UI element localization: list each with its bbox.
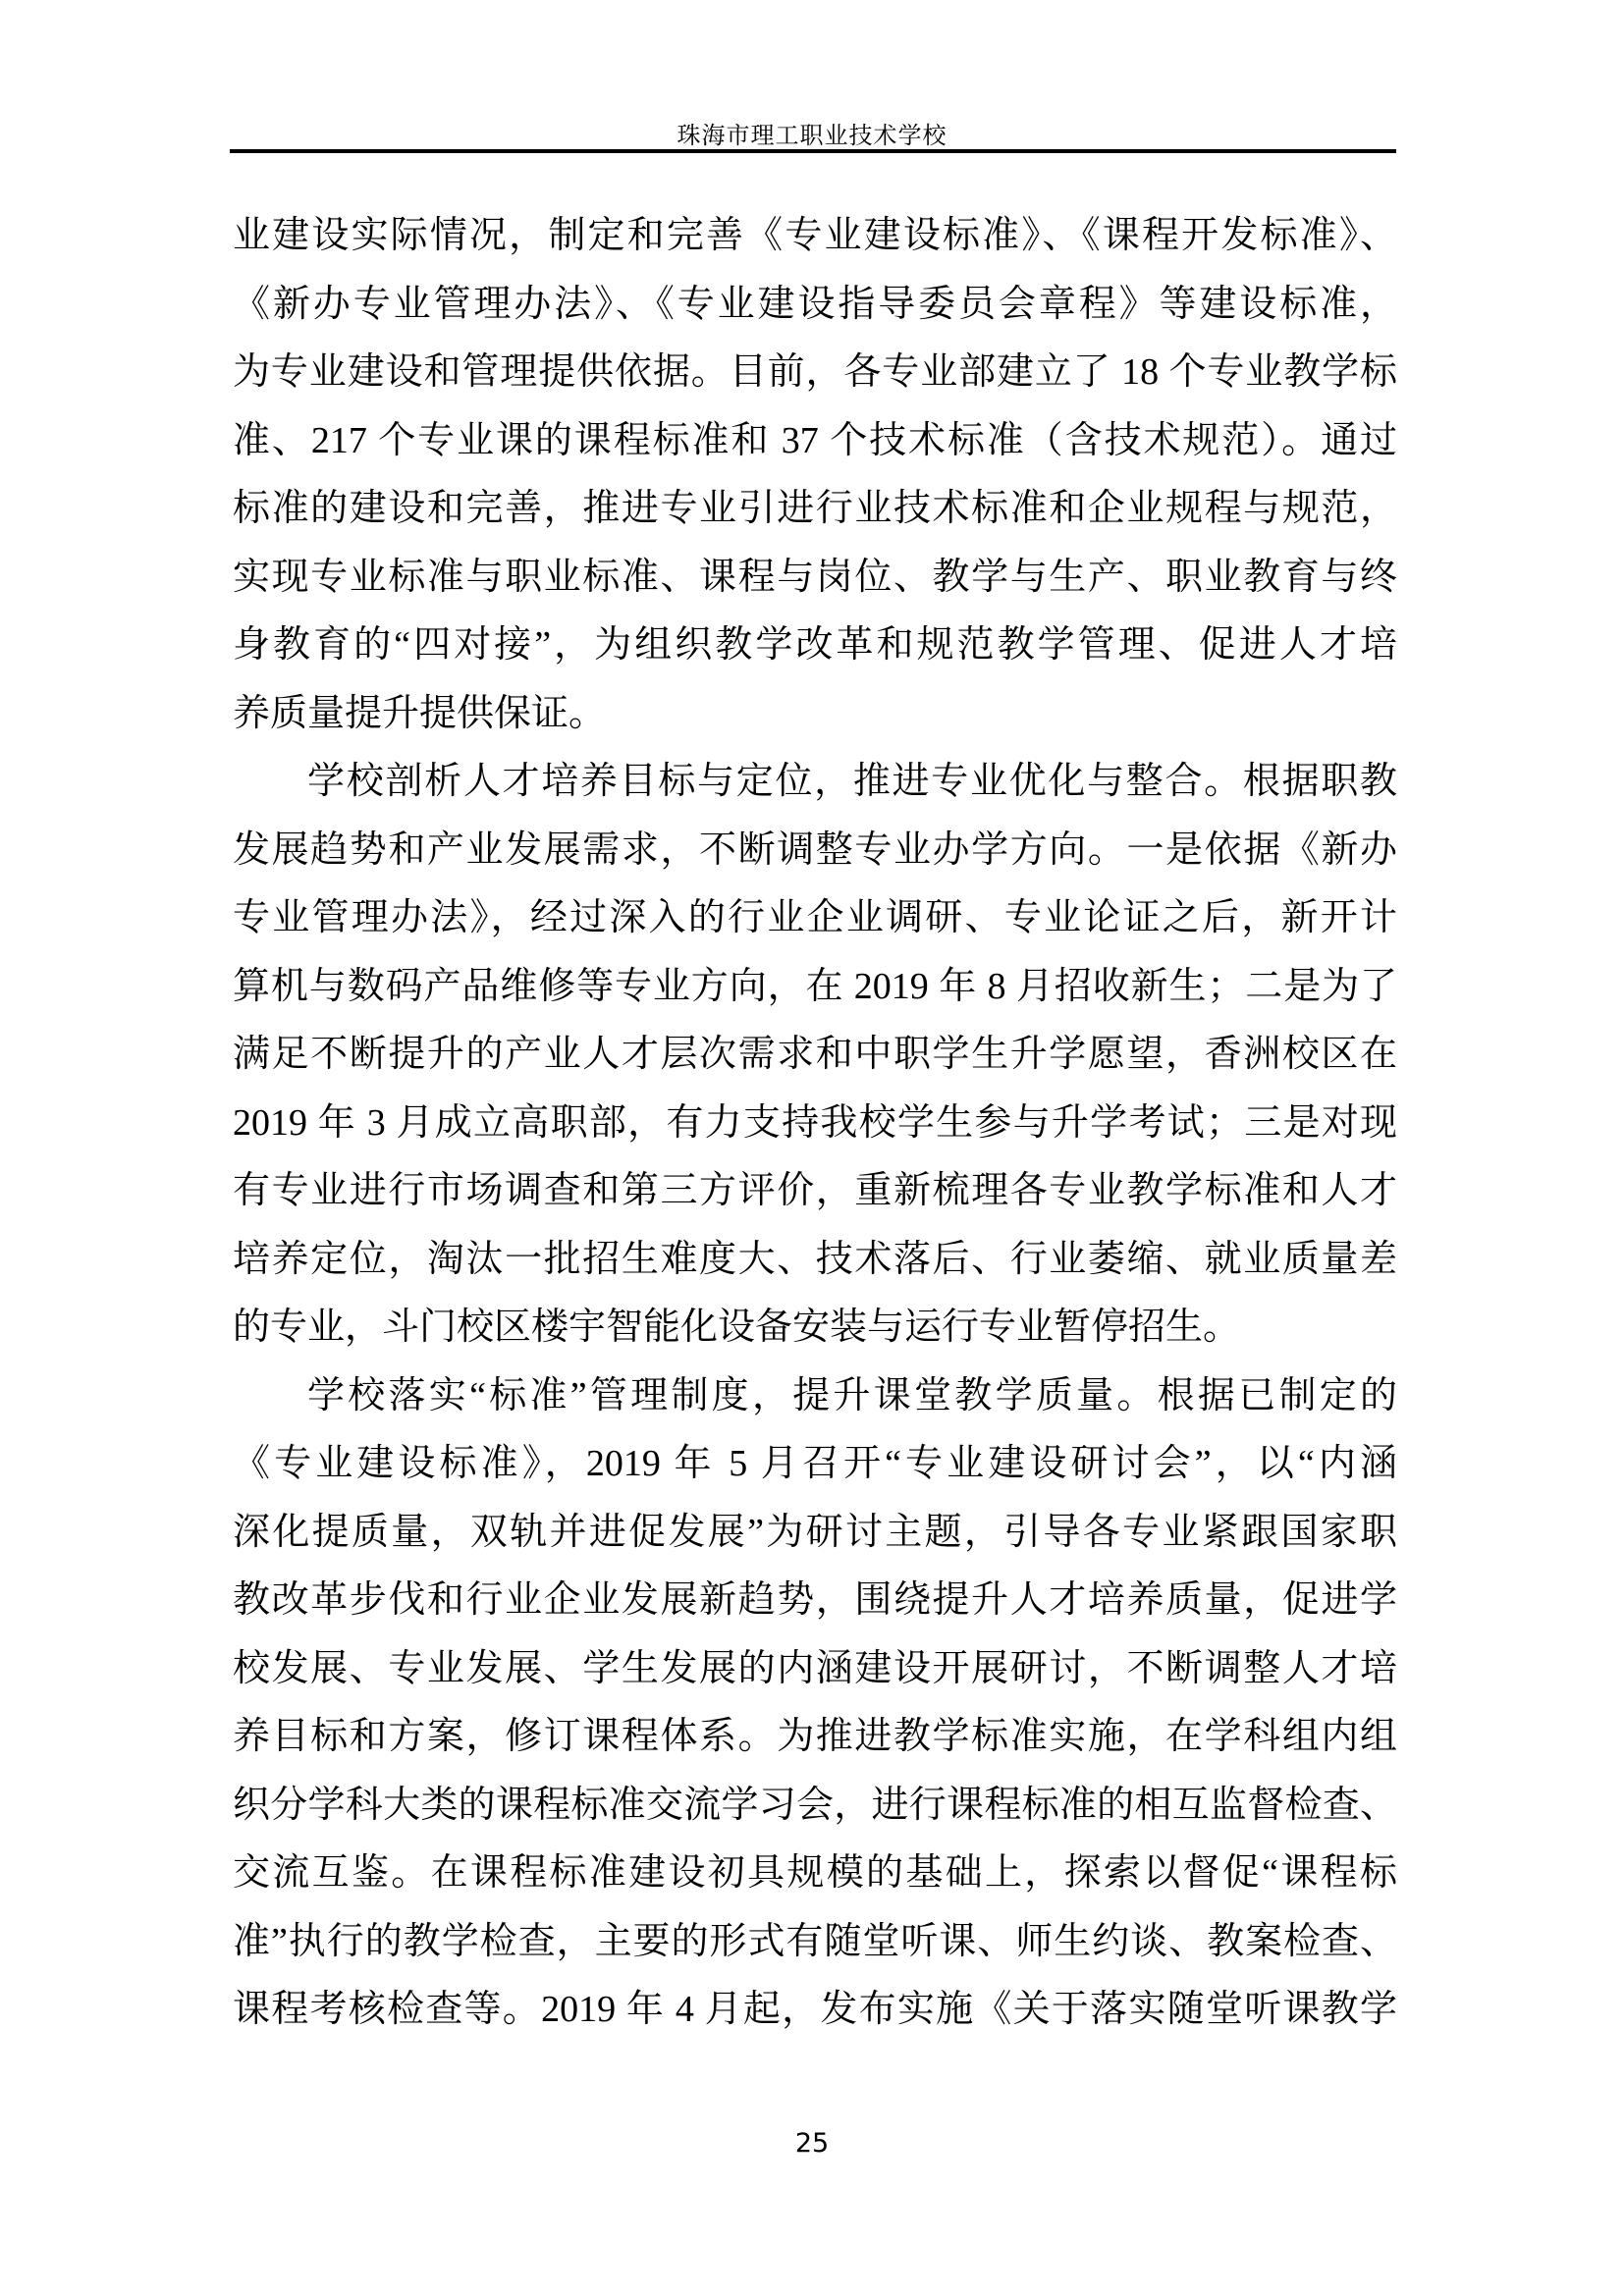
text-line: 身教育的“四对接”，为组织教学改革和规范教学管理、促进人才培 [233, 612, 1397, 680]
text-line: 《新办专业管理办法》、《专业建设指导委员会章程》等建设标准， [233, 271, 1397, 340]
text-line: 培养定位，淘汰一批招生难度大、技术落后、行业萎缩、就业质量差 [233, 1226, 1397, 1295]
text-line: 发展趋势和产业发展需求，不断调整专业办学方向。一是依据《新办 [233, 817, 1397, 885]
text-line: 2019 年 3 月成立高职部，有力支持我校学生参与升学考试；三是对现 [233, 1090, 1397, 1158]
text-line: 织分学科大类的课程标准交流学习会，进行课程标准的相互监督检查、 [233, 1772, 1397, 1841]
text-line: 养质量提升提供保证。 [233, 680, 1397, 749]
text-line: 教改革步伐和行业企业发展新趋势，围绕提升人才培养质量，促进学 [233, 1567, 1397, 1635]
page-number: 25 [0, 2128, 1624, 2159]
text-line: 养目标和方案，修订课程体系。为推进教学标准实施，在学科组内组 [233, 1703, 1397, 1772]
text-line: 《专业建设标准》，2019 年 5 月召开“专业建设研讨会”，以“内涵 [233, 1430, 1397, 1499]
text-line: 标准的建设和完善，推进专业引进行业技术标准和企业规程与规范， [233, 475, 1397, 544]
text-line: 学校落实“标准”管理制度，提升课堂教学质量。根据已制定的 [233, 1362, 1397, 1431]
page-header-title: 珠海市理工职业技术学校 [0, 116, 1624, 150]
text-line: 学校剖析人才培养目标与定位，推进专业优化与整合。根据职教 [233, 748, 1397, 817]
document-page: 珠海市理工职业技术学校 业建设实际情况，制定和完善《专业建设标准》、《课程开发标… [0, 0, 1624, 2296]
text-line: 的专业，斗门校区楼宇智能化设备安装与运行专业暂停招生。 [233, 1294, 1397, 1362]
text-line: 交流互鉴。在课程标准建设初具规模的基础上，探索以督促“课程标 [233, 1840, 1397, 1908]
text-line: 深化提质量，双轨并进促发展”为研讨主题，引导各专业紧跟国家职 [233, 1499, 1397, 1568]
document-body: 业建设实际情况，制定和完善《专业建设标准》、《课程开发标准》、《新办专业管理办法… [233, 202, 1397, 2045]
text-line: 为专业建设和管理提供依据。目前，各专业部建立了 18 个专业教学标 [233, 339, 1397, 407]
text-line: 业建设实际情况，制定和完善《专业建设标准》、《课程开发标准》、 [233, 202, 1397, 271]
text-line: 校发展、专业发展、学生发展的内涵建设开展研讨，不断调整人才培 [233, 1635, 1397, 1704]
text-line: 满足不断提升的产业人才层次需求和中职学生升学愿望，香洲校区在 [233, 1021, 1397, 1090]
text-line: 算机与数码产品维修等专业方向，在 2019 年 8 月招收新生；二是为了 [233, 953, 1397, 1022]
text-line: 课程考核检查等。2019 年 4 月起，发布实施《关于落实随堂听课教学 [233, 1976, 1397, 2045]
text-line: 实现专业标准与职业标准、课程与岗位、教学与生产、职业教育与终 [233, 544, 1397, 613]
header-rule [230, 149, 1396, 153]
text-line: 有专业进行市场调查和第三方评价，重新梳理各专业教学标准和人才 [233, 1157, 1397, 1226]
text-line: 准”执行的教学检查，主要的形式有随堂听课、师生约谈、教案检查、 [233, 1908, 1397, 1977]
text-line: 准、217 个专业课的课程标准和 37 个技术标准（含技术规范）。通过 [233, 407, 1397, 476]
text-line: 专业管理办法》，经过深入的行业企业调研、专业论证之后，新开计 [233, 884, 1397, 953]
